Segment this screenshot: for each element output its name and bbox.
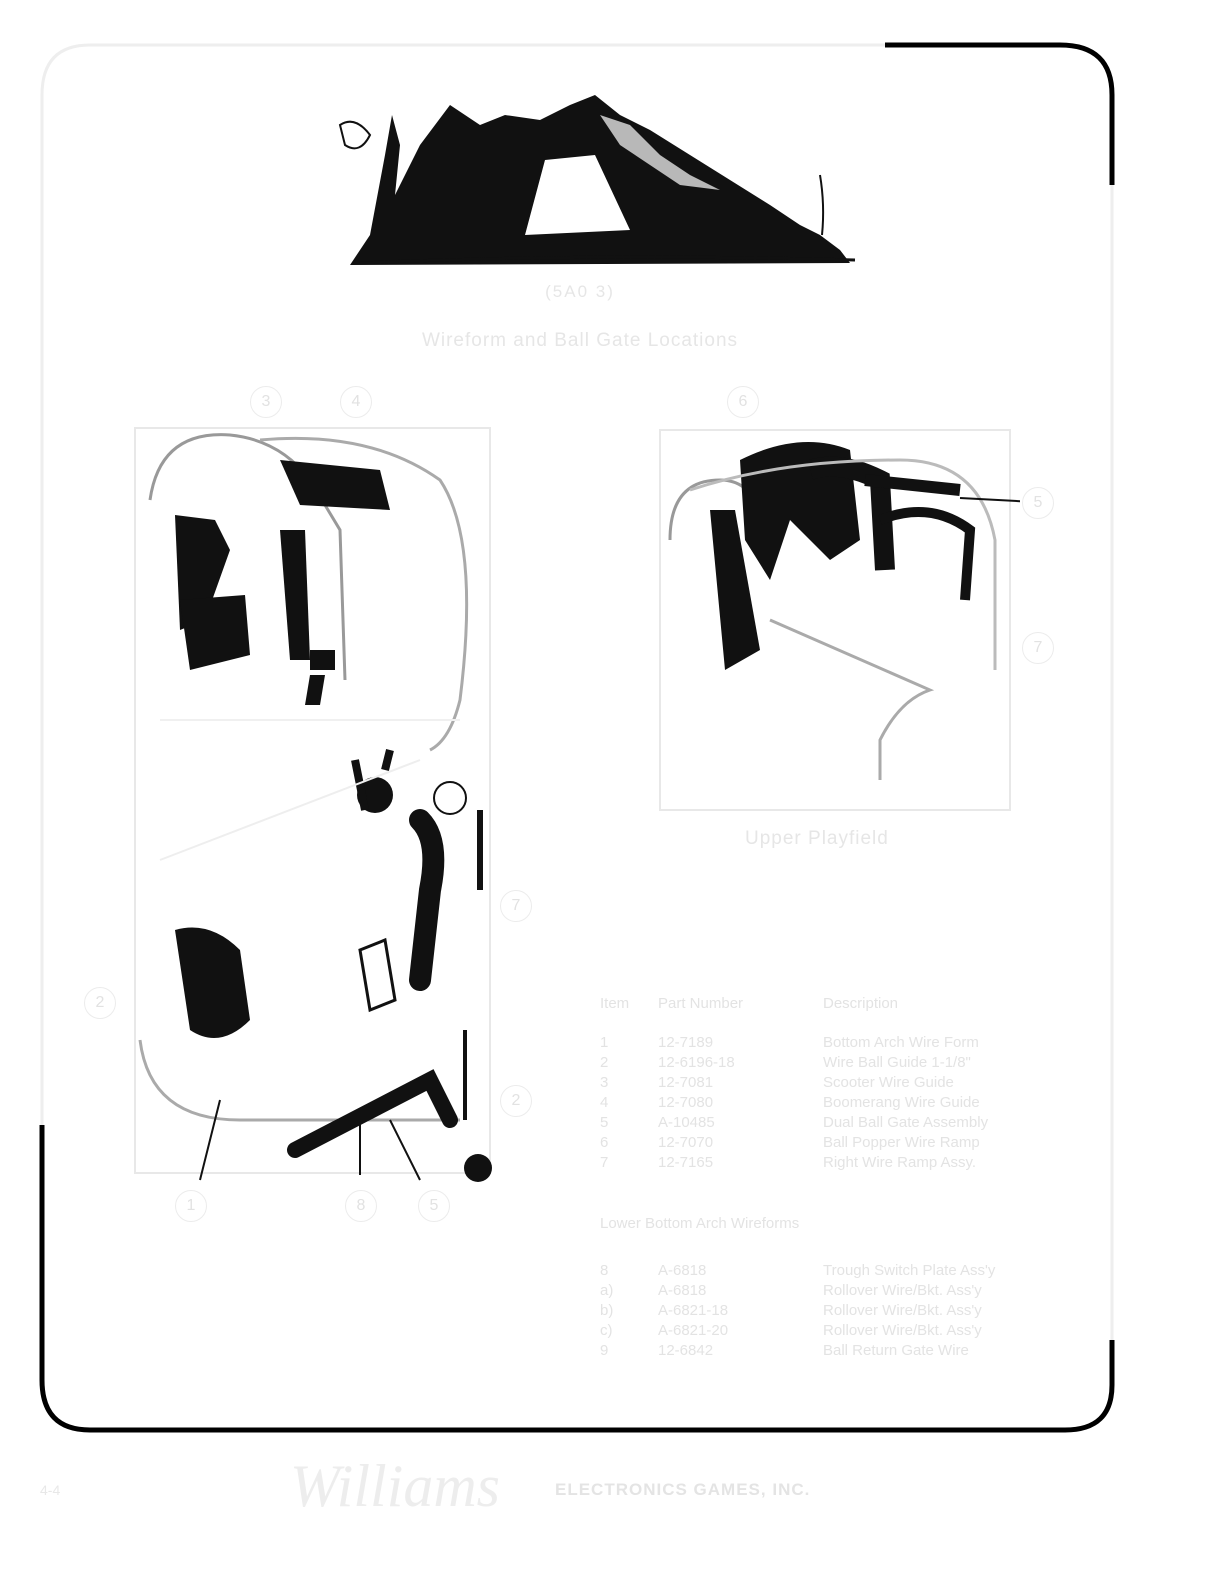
item: 2 bbox=[600, 1054, 658, 1074]
part-number: A-6818 bbox=[658, 1282, 823, 1302]
description: Dual Ball Gate Assembly bbox=[823, 1114, 988, 1134]
williams-logo: Williams bbox=[290, 1452, 500, 1521]
table-row: 212-6196-18Wire Ball Guide 1-1/8" bbox=[600, 1054, 988, 1074]
item: 6 bbox=[600, 1134, 658, 1154]
figure-title: Wireform and Ball Gate Locations bbox=[0, 330, 1160, 352]
description: Right Wire Ramp Assy. bbox=[823, 1154, 988, 1174]
part-number: A-10485 bbox=[658, 1114, 823, 1134]
table-row: 112-7189Bottom Arch Wire Form bbox=[600, 1034, 988, 1054]
table-header-row: Item Part Number Description bbox=[600, 995, 988, 1034]
part-number: A-6818 bbox=[658, 1262, 823, 1282]
figure-code: (5A0 3) bbox=[0, 282, 1160, 302]
description: Rollover Wire/Bkt. Ass'y bbox=[823, 1302, 995, 1322]
table-row: 912-6842Ball Return Gate Wire bbox=[600, 1342, 995, 1362]
description: Rollover Wire/Bkt. Ass'y bbox=[823, 1282, 995, 1302]
callout-1: 1 bbox=[175, 1190, 207, 1222]
table-row: c)A-6821-20Rollover Wire/Bkt. Ass'y bbox=[600, 1322, 995, 1342]
item: 7 bbox=[600, 1154, 658, 1174]
item: 1 bbox=[600, 1034, 658, 1054]
description: Scooter Wire Guide bbox=[823, 1074, 988, 1094]
callout-7-right: 7 bbox=[500, 890, 532, 922]
part-number: 12-7080 bbox=[658, 1094, 823, 1114]
item: 8 bbox=[600, 1262, 658, 1282]
part-number: A-6821-20 bbox=[658, 1322, 823, 1342]
callout-7-upper: 7 bbox=[1022, 632, 1054, 664]
item: b) bbox=[600, 1302, 658, 1322]
part-number: 12-7189 bbox=[658, 1034, 823, 1054]
item: 9 bbox=[600, 1342, 658, 1362]
table-row: 412-7080Boomerang Wire Guide bbox=[600, 1094, 988, 1114]
upper-playfield-caption: Upper Playfield bbox=[745, 828, 889, 850]
part-number: A-6821-18 bbox=[658, 1302, 823, 1322]
table-row: 312-7081Scooter Wire Guide bbox=[600, 1074, 988, 1094]
section-label: Lower Bottom Arch Wireforms bbox=[600, 1215, 799, 1232]
company-name: ELECTRONICS GAMES, INC. bbox=[555, 1480, 810, 1500]
item: a) bbox=[600, 1282, 658, 1302]
description: Ball Return Gate Wire bbox=[823, 1342, 995, 1362]
parts-table: Item Part Number Description 112-7189Bot… bbox=[600, 995, 988, 1174]
description: Ball Popper Wire Ramp bbox=[823, 1134, 988, 1154]
description: Boomerang Wire Guide bbox=[823, 1094, 988, 1114]
part-number: 12-7081 bbox=[658, 1074, 823, 1094]
callout-2-right: 2 bbox=[500, 1085, 532, 1117]
callout-5-upper: 5 bbox=[1022, 487, 1054, 519]
part-number: 12-6842 bbox=[658, 1342, 823, 1362]
header-part-number: Part Number bbox=[658, 995, 823, 1034]
item: 4 bbox=[600, 1094, 658, 1114]
description: Bottom Arch Wire Form bbox=[823, 1034, 988, 1054]
description: Wire Ball Guide 1-1/8" bbox=[823, 1054, 988, 1074]
table-row: 712-7165Right Wire Ramp Assy. bbox=[600, 1154, 988, 1174]
description: Trough Switch Plate Ass'y bbox=[823, 1262, 995, 1282]
parts-table-lower: 8A-6818Trough Switch Plate Ass'y a)A-681… bbox=[600, 1262, 995, 1362]
callout-2-left: 2 bbox=[84, 987, 116, 1019]
callout-3: 3 bbox=[250, 386, 282, 418]
callout-5-bottom: 5 bbox=[418, 1190, 450, 1222]
callout-6: 6 bbox=[727, 386, 759, 418]
header-description: Description bbox=[823, 995, 988, 1034]
main-playfield-diagram bbox=[120, 420, 520, 1200]
mountain-artwork bbox=[330, 85, 860, 270]
item: 5 bbox=[600, 1114, 658, 1134]
table-row: 8A-6818Trough Switch Plate Ass'y bbox=[600, 1262, 995, 1282]
part-number: 12-6196-18 bbox=[658, 1054, 823, 1074]
part-number: 12-7070 bbox=[658, 1134, 823, 1154]
table-row: 612-7070Ball Popper Wire Ramp bbox=[600, 1134, 988, 1154]
upper-playfield-diagram bbox=[650, 420, 1020, 820]
item: c) bbox=[600, 1322, 658, 1342]
description: Rollover Wire/Bkt. Ass'y bbox=[823, 1322, 995, 1342]
part-number: 12-7165 bbox=[658, 1154, 823, 1174]
table-row: a)A-6818Rollover Wire/Bkt. Ass'y bbox=[600, 1282, 995, 1302]
header-item: Item bbox=[600, 995, 658, 1034]
table-row: b)A-6821-18Rollover Wire/Bkt. Ass'y bbox=[600, 1302, 995, 1322]
page-number: 4-4 bbox=[40, 1482, 60, 1498]
item: 3 bbox=[600, 1074, 658, 1094]
table-row: 5A-10485Dual Ball Gate Assembly bbox=[600, 1114, 988, 1134]
callout-8: 8 bbox=[345, 1190, 377, 1222]
callout-4: 4 bbox=[340, 386, 372, 418]
